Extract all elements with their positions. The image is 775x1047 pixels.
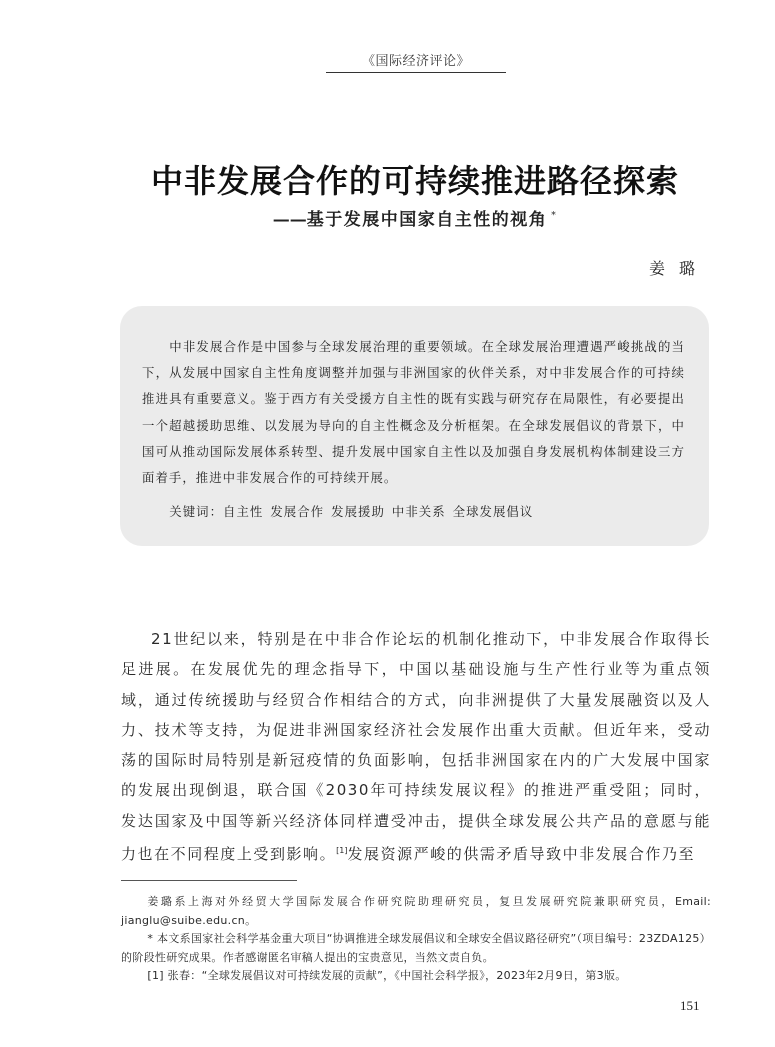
footnote-funding: * 本文系国家社会科学基金重大项目“协调推进全球发展倡议和全球安全倡议路径研究”…	[121, 930, 711, 967]
footnote-reference-1-text: [1] 张春：“全球发展倡议对可持续发展的贡献”，《中国社会科学报》，2023年…	[121, 967, 711, 986]
keyword: 全球发展倡议	[453, 504, 534, 519]
subtitle-text: 基于发展中国家自主性的视角	[307, 210, 548, 230]
body-paragraph: 21世纪以来，特别是在中非合作论坛的机制化推动下，中非发展合作取得长足进展。在发…	[121, 624, 711, 869]
footnotes-section: 姜璐系上海对外经贸大学国际发展合作研究院助理研究员，复旦发展研究院兼职研究员，E…	[121, 893, 711, 986]
body-text-before-ref: 21世纪以来，特别是在中非合作论坛的机制化推动下，中非发展合作取得长足进展。在发…	[121, 630, 711, 863]
article-subtitle: ——基于发展中国家自主性的视角*	[0, 205, 775, 230]
footnote-separator	[121, 880, 297, 881]
footnote-reference-1[interactable]: [1]	[336, 846, 347, 855]
article-title: 中非发展合作的可持续推进路径探索	[0, 156, 775, 202]
keyword: 发展合作	[270, 504, 324, 519]
keyword: 中非关系	[392, 504, 446, 519]
running-header-journal-name: 《国际经济评论》	[326, 50, 506, 73]
footnote-author-bio: 姜璐系上海对外经贸大学国际发展合作研究院助理研究员，复旦发展研究院兼职研究员，E…	[121, 893, 711, 930]
keywords-label: 关键词：	[169, 504, 223, 519]
page-number: 151	[680, 998, 700, 1014]
abstract-text: 中非发展合作是中国参与全球发展治理的重要领域。在全球发展治理遭遇严峻挑战的当下，…	[142, 334, 685, 491]
subtitle-dash: ——	[273, 210, 307, 230]
abstract-box: 中非发展合作是中国参与全球发展治理的重要领域。在全球发展治理遭遇严峻挑战的当下，…	[120, 306, 709, 546]
subtitle-footnote-mark: *	[551, 211, 557, 221]
keyword: 发展援助	[331, 504, 385, 519]
keywords-line: 关键词：自主性发展合作发展援助中非关系全球发展倡议	[142, 499, 685, 525]
body-text-after-ref: 发展资源严峻的供需矛盾导致中非发展合作乃至	[348, 845, 696, 863]
author-name: 姜璐	[649, 256, 709, 279]
keyword: 自主性	[223, 504, 263, 519]
